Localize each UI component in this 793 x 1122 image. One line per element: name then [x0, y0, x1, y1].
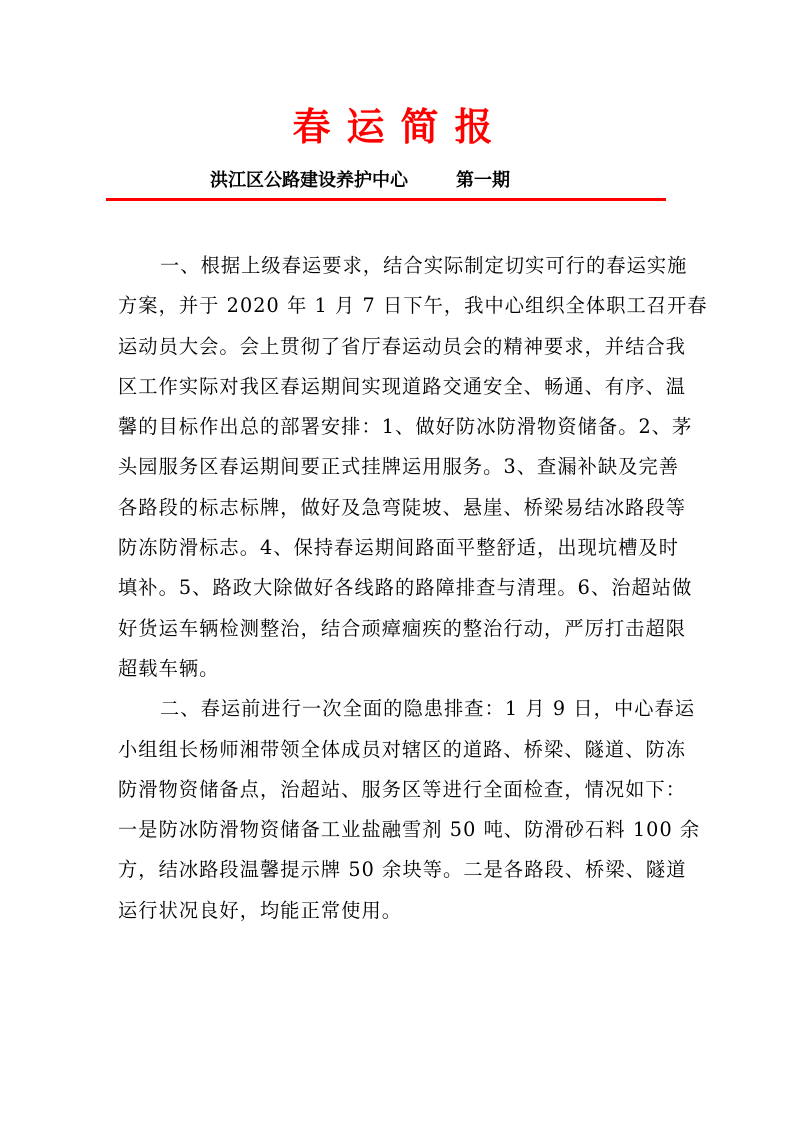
text-line: 头园服务区春运期间要正式挂牌运用服务。3、查漏补缺及完善: [118, 447, 678, 487]
text-line: 运动员大会。会上贯彻了省厅春运动员会的精神要求，并结合我: [118, 327, 678, 367]
text-line: 填补。5、路政大除做好各线路的路障排查与清理。6、治超站做: [118, 568, 678, 608]
text-line: 馨的目标作出总的部署安排：1、做好防冰防滑物资储备。2、茅: [118, 407, 678, 447]
text-line: 运行状况良好，均能正常使用。: [118, 891, 678, 931]
bulletin-title: 春运简报: [0, 104, 793, 150]
text-line: 小组组长杨师湘带领全体成员对辖区的道路、桥梁、隧道、防冻: [118, 730, 678, 770]
text-line: 二、春运前进行一次全面的隐患排查：1 月 9 日，中心春运: [118, 689, 678, 729]
text-line: 超载车辆。: [118, 649, 678, 689]
text-line: 方，结冰路段温馨提示牌 50 余块等。二是各路段、桥梁、隧道: [118, 850, 678, 890]
text-line: 一、根据上级春运要求，结合实际制定切实可行的春运实施: [118, 246, 678, 286]
text-line: 一是防冰防滑物资储备工业盐融雪剂 50 吨、防滑砂石料 100 余: [118, 810, 678, 850]
document-page: 春运简报 洪江区公路建设养护中心第一期 一、根据上级春运要求，结合实际制定切实可…: [0, 0, 793, 1122]
text-line: 方案，并于 2020 年 1 月 7 日下午，我中心组织全体职工召开春: [118, 286, 678, 326]
issue-number: 第一期: [456, 170, 510, 191]
paragraph-2: 二、春运前进行一次全面的隐患排查：1 月 9 日，中心春运 小组组长杨师湘带领全…: [118, 689, 678, 931]
text-line: 区工作实际对我区春运期间实现道路交通安全、畅通、有序、温: [118, 367, 678, 407]
red-divider-rule: [106, 198, 666, 201]
paragraph-1: 一、根据上级春运要求，结合实际制定切实可行的春运实施 方案，并于 2020 年 …: [118, 246, 678, 689]
text-line: 各路段的标志标牌，做好及急弯陡坡、悬崖、桥梁易结冰路段等: [118, 488, 678, 528]
text-line: 防冻防滑标志。4、保持春运期间路面平整舒适，出现坑槽及时: [118, 528, 678, 568]
body-text: 一、根据上级春运要求，结合实际制定切实可行的春运实施 方案，并于 2020 年 …: [118, 246, 678, 931]
text-line: 防滑物资储备点，治超站、服务区等进行全面检查，情况如下：: [118, 770, 678, 810]
bulletin-subtitle: 洪江区公路建设养护中心第一期: [210, 168, 510, 194]
organization-name: 洪江区公路建设养护中心: [210, 170, 408, 191]
text-line: 好货运车辆检测整治，结合顽瘴痼疾的整治行动，严厉打击超限: [118, 609, 678, 649]
